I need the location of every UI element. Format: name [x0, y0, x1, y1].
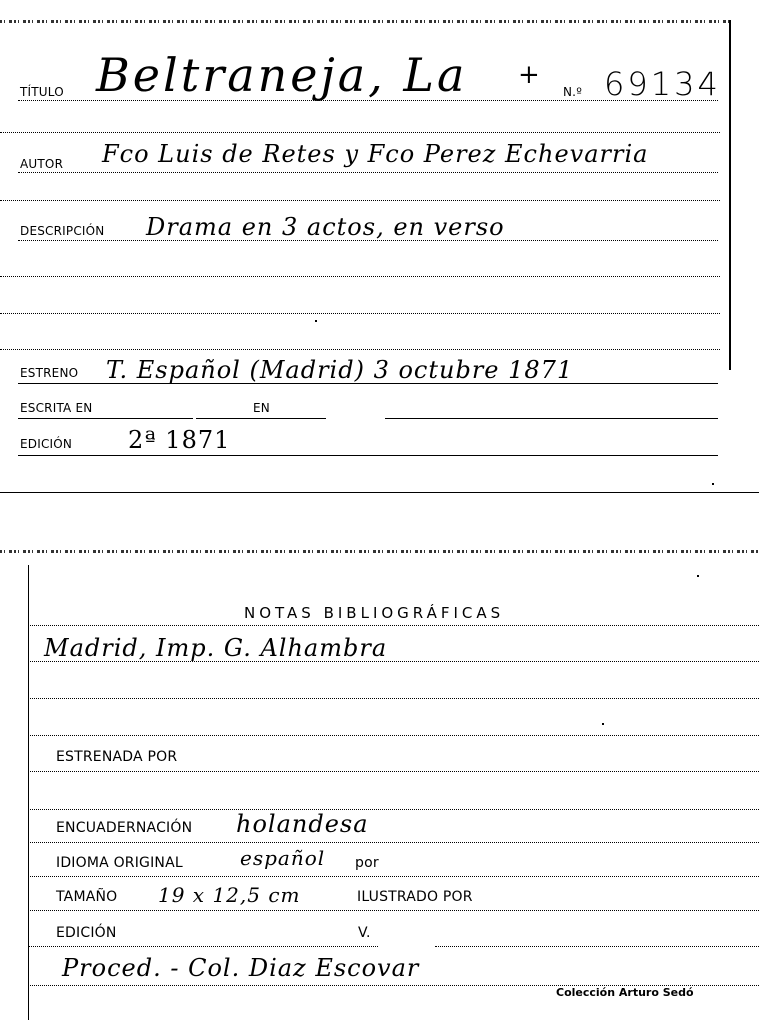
scan-speck	[712, 483, 714, 485]
scan-noise-top	[0, 20, 730, 23]
en-label: EN	[253, 402, 270, 414]
estreno-label: ESTRENO	[20, 367, 78, 379]
rule	[28, 661, 759, 662]
encuadernacion-label: ENCUADERNACIÓN	[56, 821, 192, 835]
rule	[28, 809, 759, 810]
cross-mark: +	[518, 62, 541, 88]
descripcion-label: DESCRIPCIÓN	[20, 225, 104, 237]
edicion-back-line-2	[435, 946, 759, 947]
rule	[0, 200, 720, 201]
rule	[0, 276, 720, 277]
catalog-card-front: TÍTULO Beltraneja, La + N.º 69134 AUTOR …	[0, 0, 759, 495]
rule	[28, 735, 759, 736]
numero-value: 69134	[604, 68, 721, 100]
estreno-value: T. Español (Madrid) 3 octubre 1871	[106, 358, 573, 382]
rule	[0, 313, 720, 314]
en-line	[385, 418, 718, 419]
idioma-original-line	[28, 876, 759, 877]
tamano-value: 19 x 12,5 cm	[158, 885, 301, 905]
por-label: por	[355, 856, 379, 870]
rule	[0, 349, 720, 350]
titulo-value: Beltraneja, La	[96, 52, 467, 98]
edicion-back-label: EDICIÓN	[56, 926, 117, 940]
scan-noise-top	[0, 550, 759, 553]
notas-value: Madrid, Imp. G. Alhambra	[44, 636, 387, 660]
procedencia-value: Proced. - Col. Diaz Escovar	[62, 956, 419, 980]
estrenada-por-label: ESTRENADA POR	[56, 750, 177, 764]
escrita-en-label: ESCRITA EN	[20, 402, 92, 414]
v-label: V.	[358, 926, 371, 940]
tamano-line	[28, 910, 759, 911]
card-separator	[0, 492, 759, 493]
collection-footer: Colección Arturo Sedó	[556, 986, 694, 999]
card-right-border	[729, 20, 731, 370]
tamano-label: TAMAÑO	[56, 890, 117, 904]
encuadernacion-value: holandesa	[236, 812, 369, 836]
edicion-line	[18, 455, 718, 456]
scan-speck	[697, 575, 699, 577]
idioma-original-value: español	[240, 848, 325, 868]
escrita-en-line	[18, 418, 193, 419]
card-left-border	[28, 565, 29, 1020]
ilustrado-por-label: ILUSTRADO POR	[357, 890, 473, 904]
rule	[28, 625, 759, 626]
rule	[0, 132, 720, 133]
scan-speck	[315, 320, 317, 322]
numero-label: N.º	[563, 86, 582, 98]
edicion-value: 2ª 1871	[128, 428, 230, 452]
catalog-card-back: NOTAS BIBLIOGRÁFICAS Madrid, Imp. G. Alh…	[0, 540, 759, 1028]
autor-label: AUTOR	[20, 158, 63, 170]
descripcion-value: Drama en 3 actos, en verso	[146, 215, 505, 239]
edicion-label: EDICIÓN	[20, 438, 72, 450]
autor-value: Fco Luis de Retes y Fco Perez Echevarria	[102, 142, 648, 166]
titulo-label: TÍTULO	[20, 86, 64, 98]
scan-speck	[602, 723, 604, 725]
encuadernacion-line	[28, 842, 759, 843]
notas-heading: NOTAS BIBLIOGRÁFICAS	[244, 604, 504, 622]
escrita-en-line-2	[196, 418, 326, 419]
edicion-back-line	[28, 946, 378, 947]
autor-line	[18, 172, 718, 173]
rule	[28, 698, 759, 699]
estrenada-por-line	[28, 771, 759, 772]
idioma-original-label: IDIOMA ORIGINAL	[56, 856, 183, 870]
